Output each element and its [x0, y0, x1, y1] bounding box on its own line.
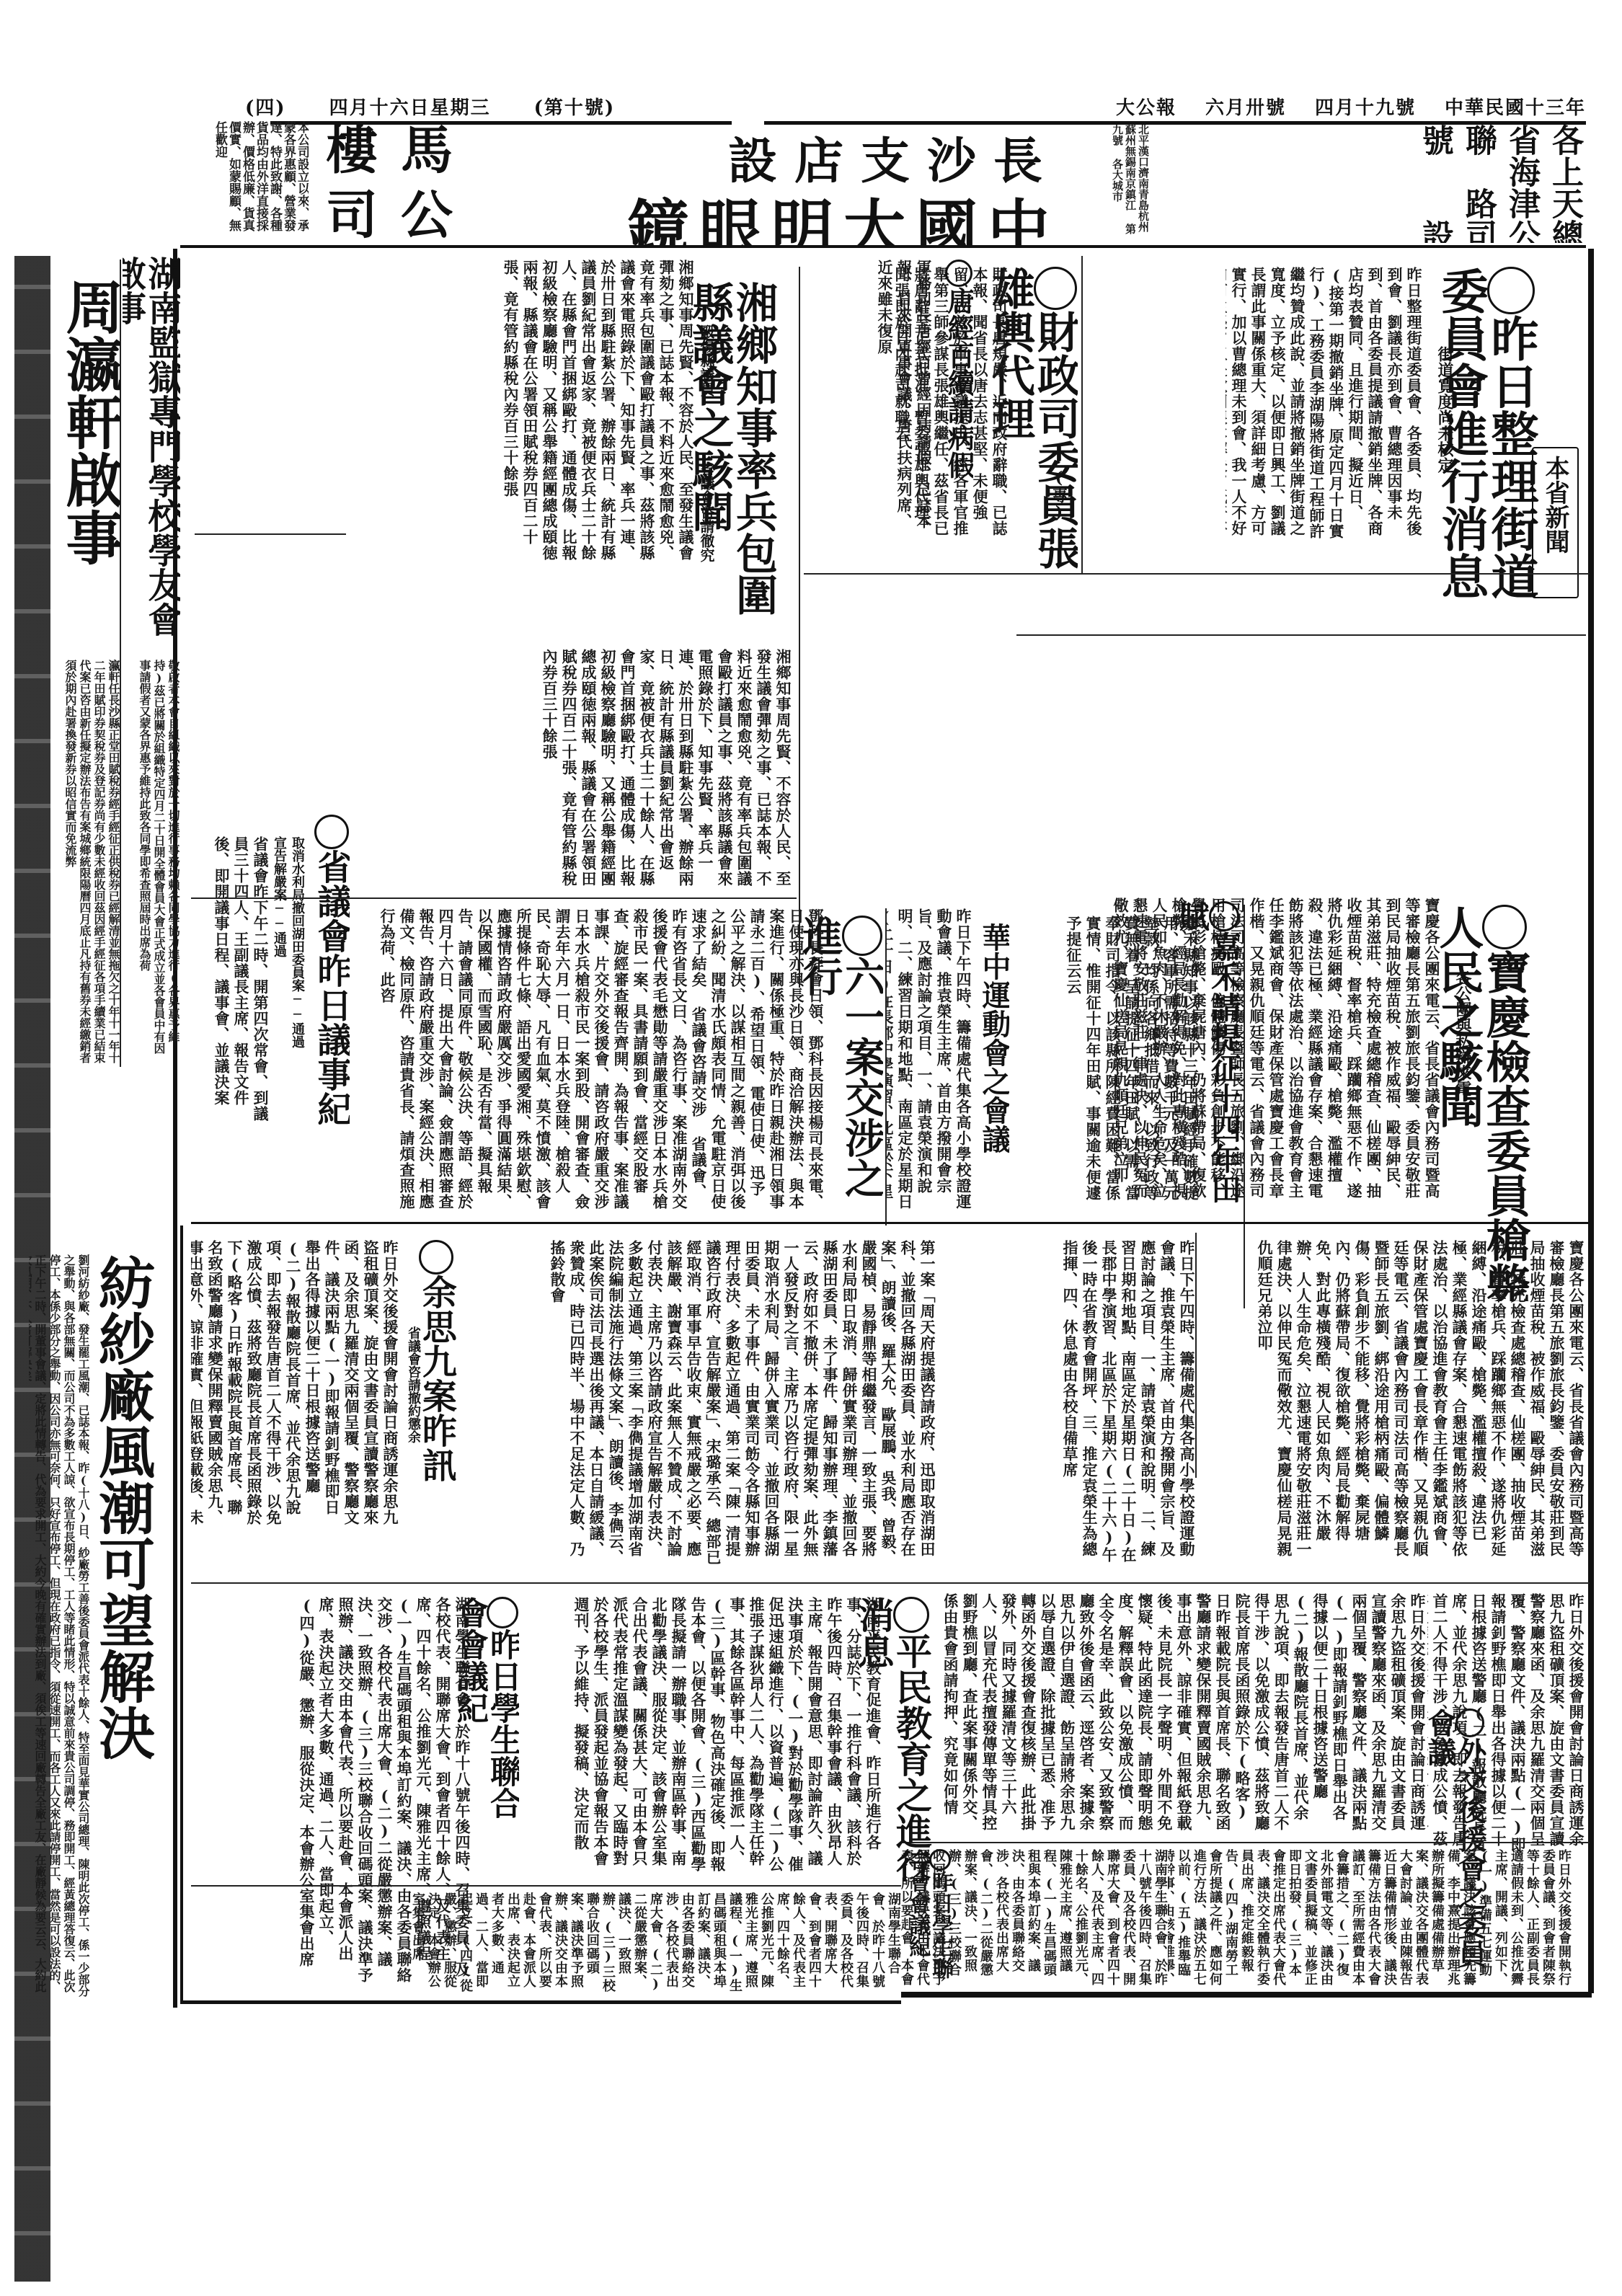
circle-marker-icon: [945, 260, 972, 287]
row-divider: [191, 1582, 1590, 1584]
article-liling-massacre: 紡紗廠風潮可望解決 劉河紡紗廠、發生罷工風潮、已誌本報、昨(十八)日、紗廠勞工善…: [29, 1240, 173, 1997]
article-body: 省議會昨下午二時、開第四次常會、到議員三十四人、王副議長主席、報告文件後、即開議…: [191, 836, 270, 1125]
article-yu-sijiu-case: 余思九案昨訊 省議會咨請撤約懲余 第一案「周天府提議咨請政府、迅即取消湖田科、並…: [404, 1233, 937, 1579]
article-xiangxiang-magistrate: 湘鄉知事率兵包圍縣議會之駭聞 毆傷縣議員 省議會咨請徹究 湘鄉知事周先賢、不容於…: [353, 260, 797, 642]
ad-glasses-banner: 長沙支店設 中國大明眼鏡: [469, 123, 1060, 245]
row-divider: [191, 1885, 901, 1887]
article-rain-sports-meet: 昨日下午四時、籌備處代集各高小學校證運動會議、推袁榮生主席、首由方撥開會宗旨、及…: [937, 1233, 1197, 1579]
article-body: 瀛軒任長沙縣正堂田賦稅券經手經征正供稅券已經解清並無拖欠之十年十一年十二年田賦印…: [52, 660, 120, 1063]
article-title: 湖南監獄專門學校學友會啟事: [123, 256, 180, 660]
article-body: 昨日外交後援會開會討論日商誘運余思九盜租礦頂案、旋由文書委員宣讀警察廳來函、及余…: [1489, 1593, 1586, 1853]
row-divider: [1016, 634, 1586, 636]
article-body: 嘉禾縣知事以該縣十三年田賦經手確數提用、客軍所需招待等費數千元、及一萬元墊款、均…: [1013, 916, 1200, 1204]
article-tag: (專): [1048, 469, 1071, 522]
article-subtitle: 各公團與私辯來電: [1452, 970, 1474, 1186]
article-subtitle-1: 毆傷縣議員: [696, 324, 717, 440]
article-june-first-case: 六一案交涉之進行 鄧科長拜會日領、鄧科長因接楊司長來電、日使現亦與長沙日領、商洽…: [332, 908, 883, 1218]
article-body: 軍務司長唐經百曾經因病請假、已誌本報、日來開軍事會議、唐氏扶病列席、近來雖未復原: [825, 260, 934, 533]
column-divider: [1195, 1233, 1197, 1478]
masthead: (四) 四月十六日星期三 (第十號) 大公報 六月卅號 四月十九號 中華民國十三…: [245, 94, 1586, 118]
article-body: 昨日下午四時、籌備處代集各高小學校證運動會議、推袁榮生主席、首由方撥開會宗旨、及…: [887, 908, 973, 1211]
article-spinning-mill: 平民教育之進行消息 湖南平民教育促進會、昨日所進行各事、分誌於下、一推行科會議、…: [519, 1590, 944, 1881]
article-title: 華中運動會之會議: [979, 923, 1009, 1225]
article-subtitle-2: 省議會咨請徹究: [696, 461, 717, 606]
ad-registration-block: 各省聯號 上海 天津路 總公司設 農商部 註冊: [1153, 124, 1586, 243]
circle-marker-icon: [487, 1597, 518, 1628]
article-body: 第一案「周天府提議咨請政府、迅即取消湖田科、並撤回各縣湖田委員、並水利局應否存在…: [469, 1240, 937, 1572]
article-assembly-record: 省議會昨日議事紀 取消水利局撤回湖田委員案──通過 宣告解嚴案──通過 省議會昨…: [191, 815, 350, 1139]
article-subtitle: 省議會咨請撤約懲余: [404, 1326, 422, 1514]
circle-marker-icon: [1034, 267, 1077, 310]
row-divider: [195, 533, 346, 535]
article-xiangxiang-continued: 湘鄉知事周先賢、不容於人民、至發生議會彈劾之事、已誌本報、不料近來愈鬧愈兇、竟有…: [353, 649, 793, 894]
newspaper-page: (四) 四月十六日星期三 (第十號) 大公報 六月卅號 四月十九號 中華民國十三…: [0, 0, 1622, 2296]
article-zhou-notice: 周瀛軒啟事 瀛軒任長沙縣正堂田賦稅券經手經征正供稅券已經解清並無拖欠之十年十一年…: [52, 256, 120, 1071]
row-divider: [191, 897, 797, 899]
article-body: 劉河紡紗廠、發生罷工風潮、已誌本報、昨(十八)日、紗廠勞工善後委員會派代表十餘人…: [29, 1254, 90, 1997]
article-body: 昨日整理街道委員會、各委員、均先後到會、劉議長亦到會、曹總理因事未到、首由各委員…: [1226, 267, 1424, 544]
article-title: 周瀛軒啟事: [60, 278, 120, 624]
column-divider: [180, 1225, 183, 2004]
article-subtitle-1: 取消水利局撤回湖田委員案──通過: [288, 836, 306, 1125]
article-title: 余思九案昨訊: [418, 1240, 454, 1557]
row-divider: [804, 573, 1590, 575]
article-title: 紡紗廠風潮可望解決: [92, 1254, 151, 1997]
page-bottom-border-right: [901, 1992, 1592, 1998]
ad-top-left-text: 本公司設立以來、承蒙各界惠顧、營業發達、特此致謝、各種貨品均由外洋直接採辦、價格…: [186, 121, 309, 240]
article-body: 湖南平民教育促進會、昨日所進行各事、分誌於下、一推行科會議、該科於昨午後四時、召…: [519, 1597, 883, 1878]
year-label: 六月卅號: [1205, 93, 1286, 120]
article-body: 湘鄉知事周先賢、不容於人民、至發生議會彈劾之事、已誌本報、不料近來愈鬧愈兇、竟有…: [357, 260, 696, 562]
row-divider: [901, 1842, 1590, 1843]
article-subtitle-2: 宣告解嚴案──通過: [270, 836, 288, 1052]
article-body: 鄧科長拜會日領、鄧科長因接楊司長來電、日使現亦與長沙日領、商洽解決辦法、與本案進…: [335, 908, 825, 1211]
ad-main-title: 中國大明眼鏡: [627, 179, 1060, 245]
article-jiahe-tax: 嘉禾請提征十四年田賦 嘉禾縣知事以該縣十三年田賦經手確數提用、客軍所需招待等費數…: [1009, 901, 1240, 1218]
ad-band-bottom-rule: [180, 245, 1586, 248]
article-prison-school-notice: 湖南監獄專門學校學友會啟事 敬啟者本會自組織以來對於一切進行事務均賴各同學協力進…: [123, 256, 180, 1071]
circle-marker-icon: [419, 1240, 453, 1275]
article-yu-sijiu-notice: 昨日外交後援會開會討論日商誘運余思九盜租礦頂案、旋由文書委員宣讀警察廳來函、及余…: [191, 1233, 400, 1535]
page-bottom-border-left: [180, 2000, 901, 2004]
column-divider: [1081, 256, 1083, 573]
article-body: 湖南學生聯合會、於昨十八號午後四時、召集委員、及各校代表、開聯席大會、到會者四十…: [959, 1849, 1168, 1986]
circle-marker-icon: [893, 1597, 929, 1633]
column-divider: [885, 908, 887, 1225]
article-body: 敬啟者本會自組織以來對於一切進行事務均賴各同學協力進行(各界惠予維持)茲已將關於…: [123, 660, 180, 1063]
article-subtitle: 街道寬度尚未核定: [1434, 346, 1456, 490]
column-divider: [799, 267, 800, 988]
circle-marker-icon: [1487, 267, 1535, 314]
article-education-continued: 湖南學生聯合會、於昨十八號午後四時、召集委員、及各校代表、開聯席大會、到會者四十…: [191, 1892, 901, 1993]
circle-marker-icon: [314, 815, 349, 849]
article-foreign-relief-body: 昨日外交後援會開執行委員會議、到會者陳祭等十餘人、正副委員長適請假未到、公推沈霽…: [1168, 1849, 1572, 1990]
ad-branch-list: 北平漢口濟南青島杭州 蘇州無錫南京鎮江 第九號 各大城市: [1063, 124, 1150, 243]
republic-date: 中華民國十三年: [1445, 93, 1586, 120]
western-date: 四月十六日星期三: [329, 93, 491, 120]
lunar-date: 四月十九號: [1315, 93, 1416, 120]
page-right-border: [1588, 249, 1594, 1993]
article-title: 唐經百續請病假: [944, 260, 973, 562]
article-yu-sijiu-letter: 昨日外交後援會開會討論日商誘運余思九盜租礦頂案、旋由文書委員宣讀警察廳來函、及余…: [944, 1593, 1427, 1838]
circle-marker-icon: [842, 916, 882, 956]
ad-tail-block: 馬樓 公司: [316, 123, 460, 245]
issue-number: (第十號): [534, 93, 616, 120]
page-number: (四): [245, 93, 286, 120]
circle-marker-icon: [1482, 905, 1527, 949]
row-divider: [191, 1222, 1590, 1224]
article-subsection-title: 省議會咨請交涉: [690, 1006, 708, 1117]
article-central-china-sports: 華中運動會之會議 昨日下午四時、籌備處代集各高小學校證運動會議、推袁榮生主席、首…: [887, 908, 1009, 1225]
paper-name: 大公報: [1116, 93, 1176, 120]
article-tang-sick-leave: 唐經百續請病假 軍務司長唐經百曾經因病請假、已誌本報、日來開軍事會議、唐氏扶病列…: [800, 260, 973, 569]
circle-marker-icon: [1209, 901, 1239, 931]
article-baoqing-continued: 寶慶各公團來電云、省長省議會內務司暨高等審檢廳長第五旅劉旅長鈞鑒、委員安敬莊到民…: [1197, 1233, 1586, 1579]
